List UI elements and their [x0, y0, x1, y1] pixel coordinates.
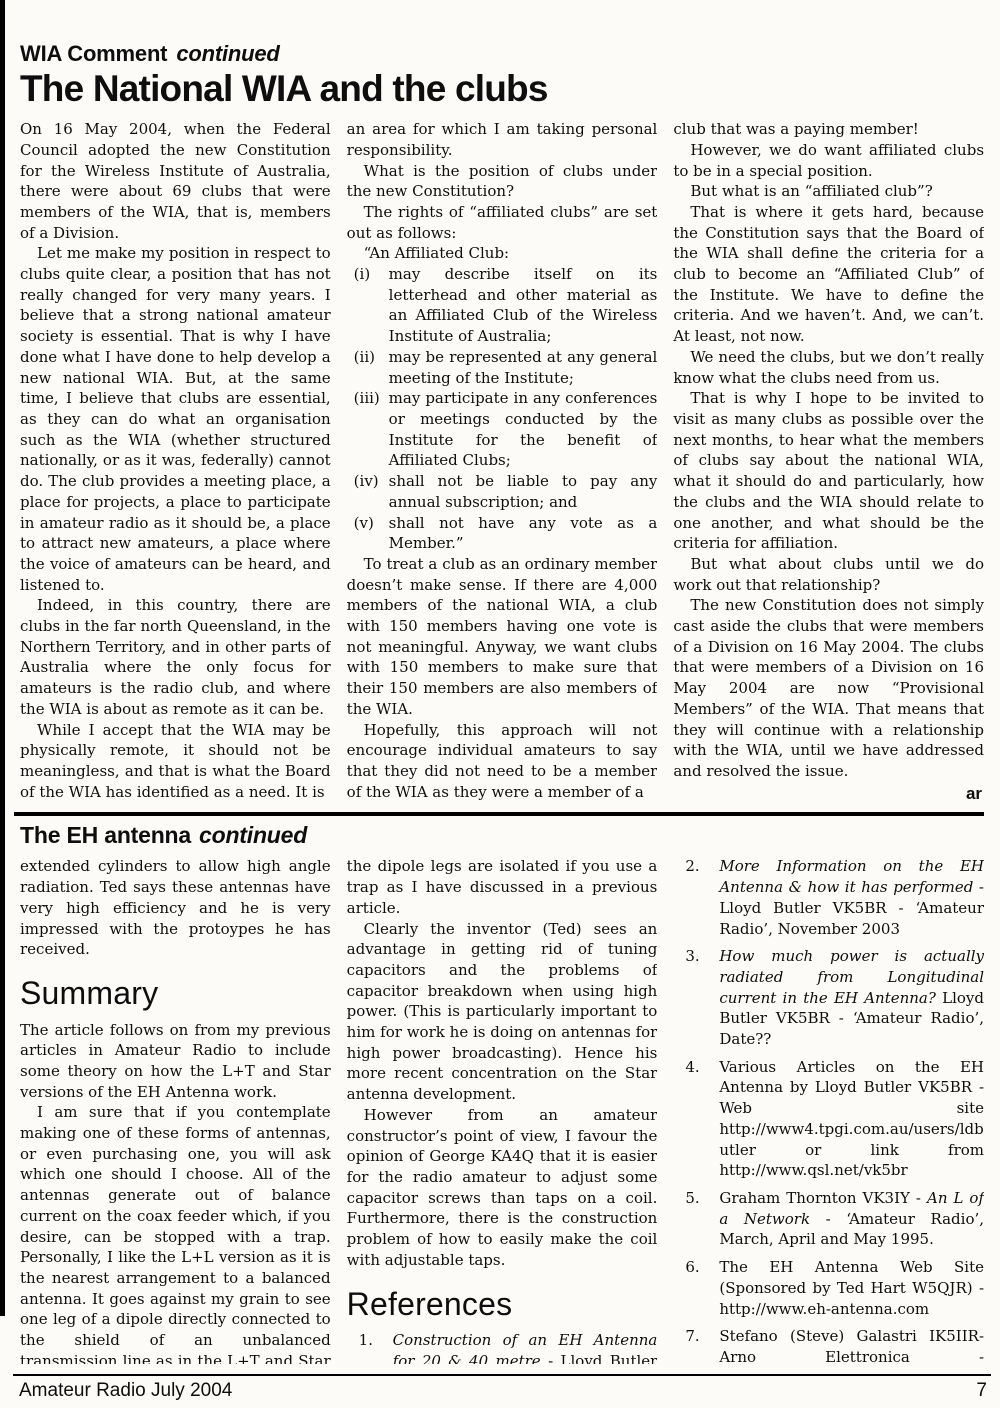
paragraph: We need the clubs, but we don’t really k…	[673, 347, 984, 388]
reference-pre: Graham Thornton VK3IY -	[719, 1189, 927, 1207]
clause-marker: (v)	[354, 513, 374, 534]
clause-text: shall not be liable to pay any annual su…	[389, 472, 658, 511]
clause-marker: (iii)	[354, 388, 380, 409]
paragraph: Let me make my position in respect to cl…	[20, 243, 331, 595]
references-heading: References	[347, 1288, 658, 1322]
reference-item: 2.More Information on the EH Antenna & h…	[673, 856, 984, 939]
paragraph: That is why I hope to be invited to visi…	[673, 388, 984, 554]
article2-kicker-text: The EH antenna	[20, 822, 191, 848]
article-eh-antenna: The EH antennacontinued extended cylinde…	[0, 823, 1000, 1364]
paragraph: On 16 May 2004, when the Federal Council…	[20, 119, 331, 243]
paragraph: The new Constitution does not simply cas…	[673, 595, 984, 781]
article2-column-1: extended cylinders to allow high angle r…	[20, 856, 331, 1364]
clause-marker: (ii)	[354, 347, 375, 368]
reference-number: 2.	[685, 856, 699, 877]
clause-item: (iii)may participate in any conferences …	[347, 388, 658, 471]
reference-number: 5.	[685, 1188, 699, 1209]
reference-item: 1.Construction of an EH Antenna for 20 &…	[347, 1330, 658, 1364]
reference-pre: Stefano (Steve) Galastri IK5IIR-Arno Ele…	[719, 1327, 984, 1364]
paragraph: To treat a club as an ordinary member do…	[347, 554, 658, 720]
article1-column-3: club that was a paying member! However, …	[673, 119, 984, 805]
article1-column-1: On 16 May 2004, when the Federal Council…	[20, 119, 331, 805]
reference-item: 4.Various Articles on the EH Antenna by …	[673, 1057, 984, 1181]
article1-title: The National WIA and the clubs	[20, 69, 984, 109]
reference-number: 3.	[685, 946, 699, 967]
article1-kicker-continued: continued	[176, 41, 279, 66]
paragraph: However from an amateur constructor’s po…	[347, 1105, 658, 1271]
paragraph: an area for which I am taking personal r…	[347, 119, 658, 160]
article1-kicker-text: WIA Comment	[20, 41, 167, 66]
reference-title: More Information on the EH Antenna & how…	[719, 857, 984, 896]
article1-column-2: an area for which I am taking personal r…	[347, 119, 658, 805]
clause-text: may be represented at any general meetin…	[389, 348, 658, 387]
page-footer: Amateur Radio July 2004 7	[13, 1374, 991, 1402]
summary-heading: Summary	[20, 977, 331, 1011]
paragraph: extended cylinders to allow high angle r…	[20, 856, 331, 960]
clause-item: (ii)may be represented at any general me…	[347, 347, 658, 388]
article-wia-comment: WIA Commentcontinued The National WIA an…	[0, 0, 1000, 805]
paragraph: While I accept that the WIA may be physi…	[20, 720, 331, 803]
paragraph: Indeed, in this country, there are clubs…	[20, 595, 331, 719]
paragraph: the dipole legs are isolated if you use …	[347, 856, 658, 918]
article2-column-2: the dipole legs are isolated if you use …	[347, 856, 658, 1364]
article1-columns: On 16 May 2004, when the Federal Council…	[20, 119, 984, 805]
paragraph: However, we do want affiliated clubs to …	[673, 140, 984, 181]
clause-text: may describe itself on its letterhead an…	[389, 265, 658, 345]
article-divider-rule	[14, 812, 984, 816]
clause-item: (iv)shall not be liable to pay any annua…	[347, 471, 658, 512]
paragraph: Hopefully, this approach will not encour…	[347, 720, 658, 803]
footer-journal-title: Amateur Radio July 2004	[19, 1380, 232, 1402]
article2-column-3: 2.More Information on the EH Antenna & h…	[673, 856, 984, 1364]
paragraph: club that was a paying member!	[673, 119, 984, 140]
left-edge-scan-line	[0, 0, 5, 1316]
paragraph: That is where it gets hard, because the …	[673, 202, 984, 347]
reference-pre: Various Articles on the EH Antenna by Ll…	[719, 1058, 984, 1180]
article1-end-marker: ar	[673, 784, 984, 804]
clause-text: shall not have any vote as a Member.”	[389, 514, 658, 553]
reference-pre: The EH Antenna Web Site (Sponsored by Te…	[719, 1258, 984, 1317]
reference-item: 3.How much power is actually radiated fr…	[673, 946, 984, 1050]
paragraph: The article follows on from my previous …	[20, 1020, 331, 1103]
paragraph: “An Affiliated Club:	[347, 243, 658, 264]
reference-number: 6.	[685, 1257, 699, 1278]
article2-kicker-continued: continued	[199, 822, 307, 848]
reference-item: 6.The EH Antenna Web Site (Sponsored by …	[673, 1257, 984, 1319]
clause-text: may participate in any conferences or me…	[389, 389, 658, 469]
reference-number: 4.	[685, 1057, 699, 1078]
article1-kicker: WIA Commentcontinued	[20, 42, 984, 66]
clause-marker: (iv)	[354, 471, 379, 492]
paragraph: The rights of “affiliated clubs” are set…	[347, 202, 658, 243]
clause-marker: (i)	[354, 264, 371, 285]
paragraph: I am sure that if you contemplate making…	[20, 1102, 331, 1364]
paragraph: But what is an “affiliated club”?	[673, 181, 984, 202]
magazine-page: WIA Commentcontinued The National WIA an…	[0, 0, 1000, 1408]
footer-page-number: 7	[976, 1380, 987, 1402]
reference-item: 7.Stefano (Steve) Galastri IK5IIR-Arno E…	[673, 1326, 984, 1364]
reference-number: 7.	[685, 1326, 699, 1347]
article2-columns: extended cylinders to allow high angle r…	[20, 856, 984, 1364]
clause-item: (i)may describe itself on its letterhead…	[347, 264, 658, 347]
article2-kicker: The EH antennacontinued	[20, 823, 984, 848]
clause-item: (v)shall not have any vote as a Member.”	[347, 513, 658, 554]
reference-item: 5.Graham Thornton VK3IY - An L of a Netw…	[673, 1188, 984, 1250]
paragraph: But what about clubs until we do work ou…	[673, 554, 984, 595]
paragraph: What is the position of clubs under the …	[347, 161, 658, 202]
article2-columns-wrap: extended cylinders to allow high angle r…	[20, 856, 984, 1364]
paragraph: Clearly the inventor (Ted) sees an advan…	[347, 919, 658, 1105]
reference-number: 1.	[359, 1330, 373, 1351]
